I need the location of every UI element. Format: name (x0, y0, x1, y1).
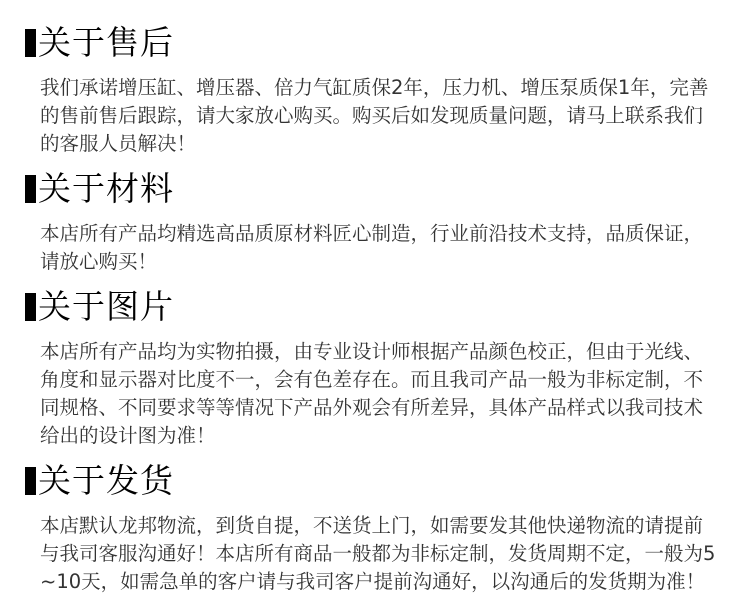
heading-bar-marker (25, 29, 36, 57)
section-body-materials: 本店所有产品均精选高品质原材料匠心制造，行业前沿技术支持，品质保证，请放心购买！ (40, 220, 720, 276)
section-heading-materials: 关于材料 (25, 170, 720, 208)
heading-bar-marker (25, 293, 36, 321)
section-title-after-sales: 关于售后 (38, 24, 174, 62)
section-materials: 关于材料 本店所有产品均精选高品质原材料匠心制造，行业前沿技术支持，品质保证，请… (0, 170, 750, 276)
product-description-page: 关于售后 我们承诺增压缸、增压器、倍力气缸质保2年，压力机、增压泵质保1年，完善… (0, 0, 750, 609)
section-pictures: 关于图片 本店所有产品均为实物拍摄，由专业设计师根据产品颜色校正，但由于光线、角… (0, 288, 750, 450)
section-title-materials: 关于材料 (38, 170, 174, 208)
section-heading-pictures: 关于图片 (25, 288, 720, 326)
section-after-sales: 关于售后 我们承诺增压缸、增压器、倍力气缸质保2年，压力机、增压泵质保1年，完善… (0, 24, 750, 158)
section-body-pictures: 本店所有产品均为实物拍摄，由专业设计师根据产品颜色校正，但由于光线、角度和显示器… (40, 338, 720, 450)
section-heading-after-sales: 关于售后 (25, 24, 720, 62)
heading-bar-marker (25, 175, 36, 203)
section-body-after-sales: 我们承诺增压缸、增压器、倍力气缸质保2年，压力机、增压泵质保1年，完善的售前售后… (40, 74, 720, 158)
heading-bar-marker (25, 467, 36, 495)
section-shipping: 关于发货 本店默认龙邦物流，到货自提，不送货上门，如需要发其他快递物流的请提前与… (0, 462, 750, 596)
section-heading-shipping: 关于发货 (25, 462, 720, 500)
section-title-shipping: 关于发货 (38, 462, 174, 500)
section-title-pictures: 关于图片 (38, 288, 174, 326)
section-body-shipping: 本店默认龙邦物流，到货自提，不送货上门，如需要发其他快递物流的请提前与我司客服沟… (40, 512, 720, 596)
